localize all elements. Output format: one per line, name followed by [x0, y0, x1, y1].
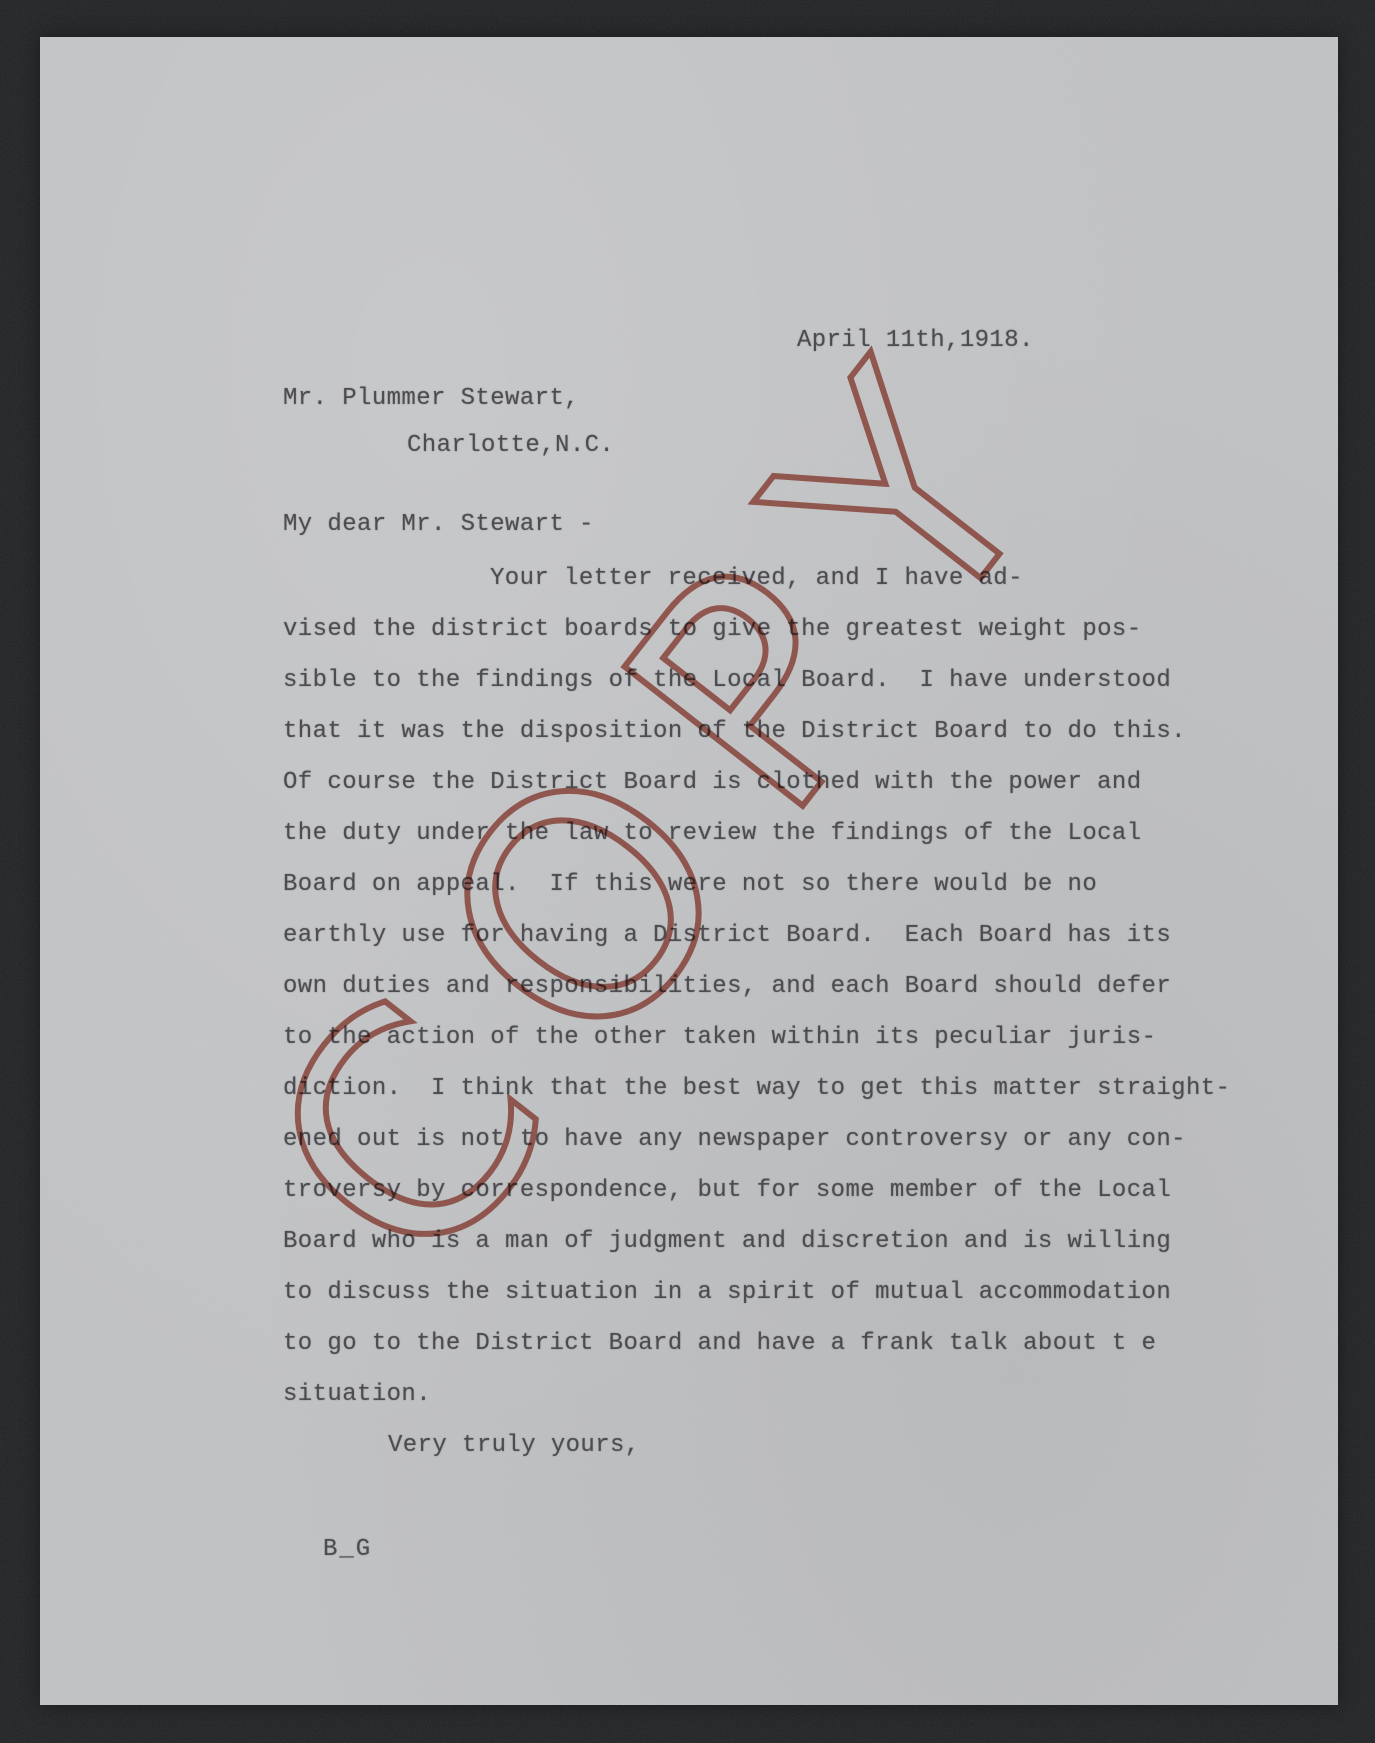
- recipient-city: Charlotte,N.C.: [407, 431, 614, 461]
- typist-initials: B_G: [323, 1535, 372, 1565]
- recipient-name: Mr. Plummer Stewart,: [283, 384, 579, 414]
- salutation: My dear Mr. Stewart -: [283, 510, 594, 540]
- letter-date: April 11th,1918.: [797, 326, 1034, 356]
- scanned-letter-page: April 11th,1918. Mr. Plummer Stewart, Ch…: [0, 0, 1375, 1743]
- closing-line: Very truly yours,: [388, 1431, 640, 1461]
- letter-body: Your letter received, and I have ad- vis…: [283, 553, 1293, 1420]
- letter-paper: April 11th,1918. Mr. Plummer Stewart, Ch…: [40, 37, 1338, 1705]
